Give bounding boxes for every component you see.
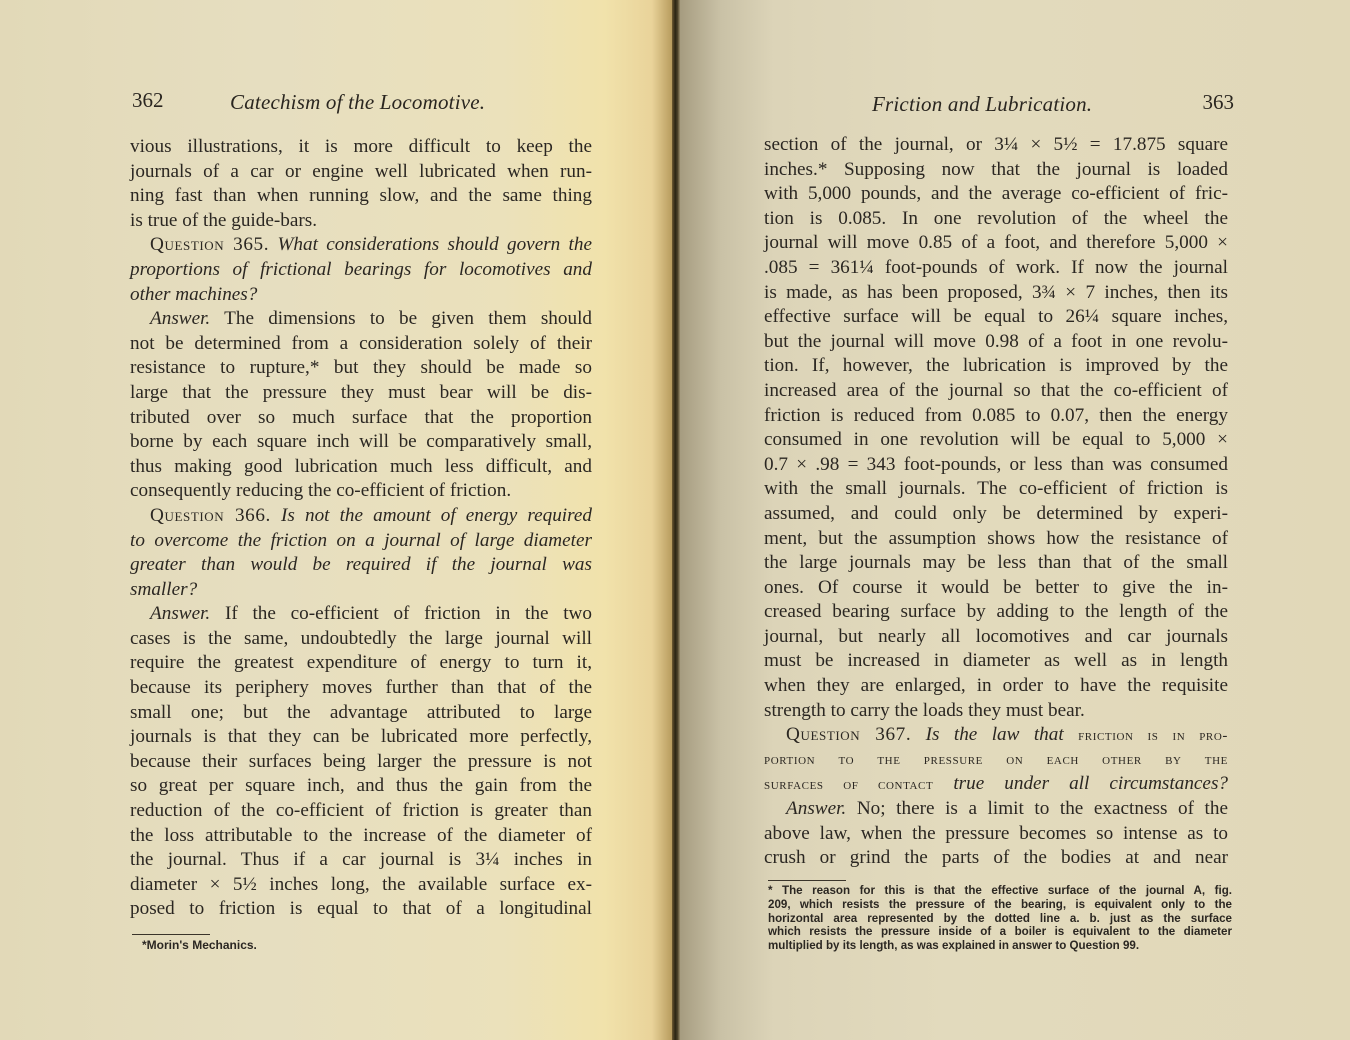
text-line: journal, but nearly all locomotives and …	[764, 625, 1228, 650]
text-line: increased area of the journal so that th…	[764, 379, 1228, 404]
question-367: Question 367. Is the law that friction i…	[764, 723, 1228, 748]
text-line: tion. If, however, the lubrication is im…	[764, 354, 1228, 379]
text-line: section of the journal, or 3¼ × 5½ = 17.…	[764, 133, 1228, 158]
question-text-smallcaps: portion to the pressure on each other by…	[764, 748, 1228, 773]
text-line: tion is 0.085. In one revolution of the …	[764, 207, 1228, 232]
answer-366: Answer. If the co-efficient of friction …	[130, 602, 592, 627]
text-line: 0.7 × .98 = 343 foot-pounds, or less tha…	[764, 453, 1228, 478]
text-line: friction is reduced from 0.085 to 0.07, …	[764, 404, 1228, 429]
footnote-line: horizontal area represented by the dotte…	[768, 912, 1232, 926]
text-line: borne by each square inch will be compar…	[130, 430, 592, 455]
right-page-header: Friction and Lubrication. 363	[764, 90, 1234, 118]
question-text-smallcaps: friction is in pro-	[1078, 728, 1228, 744]
text-line: consequently reducing the co-efficient o…	[130, 479, 592, 504]
question-text: to overcome the friction on a journal of…	[130, 529, 592, 554]
text-line: inches.* Supposing now that the journal …	[764, 158, 1228, 183]
text-line: vious illustrations, it is more difficul…	[130, 135, 592, 160]
footnote-line: * The reason for this is that the effect…	[768, 884, 1232, 898]
text-line: with 5,000 pounds, and the average co-ef…	[764, 182, 1228, 207]
text-line: journals is that they can be lubricated …	[130, 725, 592, 750]
question-label: Question 367.	[786, 724, 911, 745]
question-text: Is the law that	[926, 724, 1064, 745]
text-line: not be determined from a consideration s…	[130, 332, 592, 357]
text-line: require the greatest expenditure of ener…	[130, 651, 592, 676]
text-line: above law, when the pressure becomes so …	[764, 822, 1228, 847]
footnote-line: multiplied by its length, as was explain…	[768, 939, 1232, 953]
text-line: effective surface will be equal to 26¼ s…	[764, 305, 1228, 330]
question-text: greater than would be required if the jo…	[130, 553, 592, 578]
text-line: ones. Of course it would be better to gi…	[764, 576, 1228, 601]
answer-text: If the co-efficient of friction in the t…	[225, 603, 592, 624]
text-line: consumed in one revolution will be equal…	[764, 428, 1228, 453]
text-line: journal will move 0.85 of a foot, and th…	[764, 231, 1228, 256]
page-number: 362	[132, 88, 164, 113]
answer-label: Answer.	[786, 798, 846, 819]
left-page: 362 Catechism of the Locomotive. vious i…	[0, 0, 672, 1040]
right-page-body: section of the journal, or 3¼ × 5½ = 17.…	[764, 133, 1228, 871]
question-text-line: surfaces of contact true under all circu…	[764, 772, 1228, 797]
footnote-line: which resists the pressure inside of a b…	[768, 925, 1232, 939]
footnote-divider	[132, 934, 210, 935]
question-text: Is not the amount of energy required	[281, 505, 592, 526]
question-label: Question 366.	[150, 505, 271, 526]
question-label: Question 365.	[150, 234, 269, 255]
text-line: .085 = 361¼ foot-pounds of work. If now …	[764, 256, 1228, 281]
text-line: the journal. Thus if a car journal is 3¼…	[130, 848, 592, 873]
answer-label: Answer.	[150, 603, 210, 624]
text-line: resistance to rupture,* but they should …	[130, 356, 592, 381]
text-line: assumed, and could only be determined by…	[764, 502, 1228, 527]
question-366: Question 366. Is not the amount of energ…	[130, 504, 592, 529]
question-365: Question 365. What considerations should…	[130, 233, 592, 258]
book-spread: 362 Catechism of the Locomotive. vious i…	[0, 0, 1350, 1040]
book-gutter	[672, 0, 680, 1040]
question-text: What considerations should govern the	[277, 234, 592, 255]
question-text: other machines?	[130, 283, 592, 308]
text-line: diameter × 5½ inches long, the available…	[130, 873, 592, 898]
footnote-divider	[768, 880, 846, 881]
text-line: creased bearing surface by adding to the…	[764, 600, 1228, 625]
text-line: posed to friction is equal to that of a …	[130, 897, 592, 922]
question-text: true under all circumstances?	[953, 773, 1228, 794]
right-page: Friction and Lubrication. 363 section of…	[680, 0, 1350, 1040]
left-page-header: 362 Catechism of the Locomotive.	[132, 88, 597, 116]
answer-367: Answer. No; there is a limit to the exac…	[764, 797, 1228, 822]
text-line: because its periphery moves further than…	[130, 676, 592, 701]
text-line: cases is the same, undoubtedly the large…	[130, 627, 592, 652]
text-line: the large journals may be less than that…	[764, 551, 1228, 576]
page-number: 363	[1203, 90, 1235, 115]
answer-text: No; there is a limit to the exactness of…	[857, 798, 1228, 819]
answer-label: Answer.	[150, 308, 210, 329]
question-text: smaller?	[130, 578, 592, 603]
text-line: the loss attributable to the increase of…	[130, 824, 592, 849]
footnote: * The reason for this is that the effect…	[768, 884, 1232, 953]
text-line: thus making good lubrication much less d…	[130, 455, 592, 480]
text-line: ment, but the assumption shows how the r…	[764, 527, 1228, 552]
text-line: small one; but the advantage attributed …	[130, 701, 592, 726]
text-line: with the small journals. The co-efficien…	[764, 477, 1228, 502]
question-text-smallcaps: surfaces of contact	[764, 777, 933, 793]
text-line: ning fast than when running slow, and th…	[130, 184, 592, 209]
text-line: but the journal will move 0.98 of a foot…	[764, 330, 1228, 355]
footnote-line: 209, which resists the pressure of the b…	[768, 898, 1232, 912]
text-line: is made, as has been proposed, 3¾ × 7 in…	[764, 281, 1228, 306]
text-line: crush or grind the parts of the bodies a…	[764, 846, 1228, 871]
question-text: proportions of frictional bearings for l…	[130, 258, 592, 283]
footnote: *Morin's Mechanics.	[142, 938, 257, 952]
text-line: journals of a car or engine well lubrica…	[130, 160, 592, 185]
text-line: strength to carry the loads they must be…	[764, 699, 1228, 724]
text-line: because their surfaces being larger the …	[130, 750, 592, 775]
answer-text: The dimensions to be given them should	[224, 308, 592, 329]
answer-365: Answer. The dimensions to be given them …	[130, 307, 592, 332]
text-line: when they are enlarged, in order to have…	[764, 674, 1228, 699]
text-line: reduction of the co-efficient of frictio…	[130, 799, 592, 824]
running-title: Friction and Lubrication.	[872, 92, 1092, 117]
running-title: Catechism of the Locomotive.	[230, 90, 485, 115]
text-line: is true of the guide-bars.	[130, 209, 592, 234]
text-line: large that the pressure they must bear w…	[130, 381, 592, 406]
text-line: tributed over so much surface that the p…	[130, 406, 592, 431]
left-page-body: vious illustrations, it is more difficul…	[130, 135, 592, 922]
text-line: must be increased in diameter as well as…	[764, 649, 1228, 674]
text-line: so great per square inch, and thus the g…	[130, 774, 592, 799]
